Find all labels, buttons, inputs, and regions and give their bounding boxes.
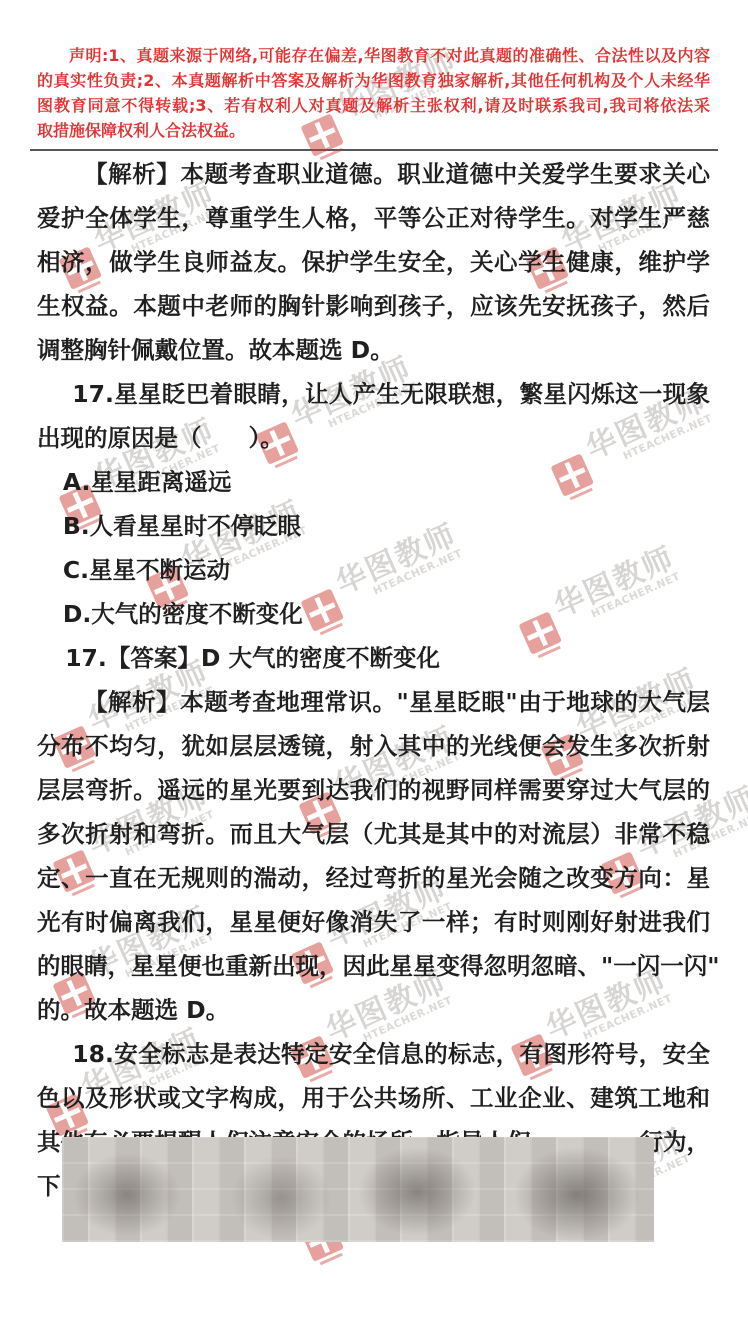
huatu-logo-subtext (319, 1253, 342, 1266)
disclaimer-line: 声明:1、真题来源于网络,可能存在偏差,华图教育不对此真题的准确性、合法性以及内… (37, 43, 710, 68)
text-line: 光有时偏离我们，星星便好像消失了一样；有时则刚好射进我们 (37, 900, 710, 944)
disclaimer-line: 的真实性负责;2、本真题解析中答案及解析为华图教育独家解析,其他任何机构及个人未… (37, 68, 710, 93)
obscured-line-start: 其 (37, 1128, 61, 1156)
text-line: 分布不均匀，犹如层层透镜，射入其中的光线便会发生多次折射 (37, 724, 710, 768)
text-line: 层层弯折。遥远的星光要到达我们的视野同样需要穿过大气层的 (37, 768, 710, 812)
text-line: 18.安全标志是表达特定安全信息的标志，有图形符号，安全 (37, 1032, 710, 1076)
text-line: 的。故本题选 D。 (37, 988, 710, 1032)
text-line: 出现的原因是（ ）。 (37, 416, 710, 460)
disclaimer-text: 1、真题来源于网络,可能存在偏差,华图教育不对此真题的准确性、合法性以及内容 (108, 46, 710, 65)
disclaimer-line: 取措施保障权利人合法权益。 (37, 118, 710, 143)
text-line: 调整胸针佩戴位置。故本题选 D。 (37, 328, 710, 372)
text-line: 的眼睛，星星便也重新出现，因此星星变得忽明忽暗、"一闪一闪" (37, 944, 710, 988)
text-line: 生权益。本题中老师的胸针影响到孩子，应该先安抚孩子，然后 (37, 284, 710, 328)
text-line: 17.星星眨巴着眼睛，让人产生无限联想，繁星闪烁这一现象 (37, 372, 710, 416)
text-line: 【解析】本题考查地理常识。"星星眨眼"由于地球的大气层 (37, 680, 710, 724)
text-line: 多次折射和弯折。而且大气层（尤其是其中的对流层）非常不稳 (37, 812, 710, 856)
text-line: 定、一直在无规则的湍动，经过弯折的星光会随之改变方向：星 (37, 856, 710, 900)
text-line: 【解析】本题考查职业道德。职业道德中关爱学生要求关心 (37, 152, 710, 196)
text-line: D.大气的密度不断变化 (37, 592, 710, 636)
text-line: 相济，做学生良师益友。保护学生安全，关心学生健康，维护学 (37, 240, 710, 284)
disclaimer: 声明:1、真题来源于网络,可能存在偏差,华图教育不对此真题的准确性、合法性以及内… (37, 43, 710, 143)
text-line: C.星星不断运动 (37, 548, 710, 592)
text-line: 17.【答案】D 大气的密度不断变化 (37, 636, 710, 680)
text-line: B.人看星星时不停眨眼 (37, 504, 710, 548)
blurred-region (62, 1137, 654, 1242)
disclaimer-label: 声明: (69, 46, 108, 65)
text-line: 色以及形状或文字构成，用于公共场所、工业企业、建筑工地和 (37, 1076, 710, 1120)
document-page: 华图教师HTEACHER.NET华图教师HTEACHER.NET华图教师HTEA… (0, 0, 748, 1335)
body-text: 【解析】本题考查职业道德。职业道德中关爱学生要求关心爱护全体学生，尊重学生人格，… (37, 152, 710, 1208)
text-line: A.星星距离遥远 (37, 460, 710, 504)
text-line: 爱护全体学生，尊重学生人格，平等公正对待学生。对学生严慈 (37, 196, 710, 240)
disclaimer-line: 图教育同意不得转载;3、若有权利人对真题及解析主张权利,请及时联系我司,我司将依… (37, 93, 710, 118)
